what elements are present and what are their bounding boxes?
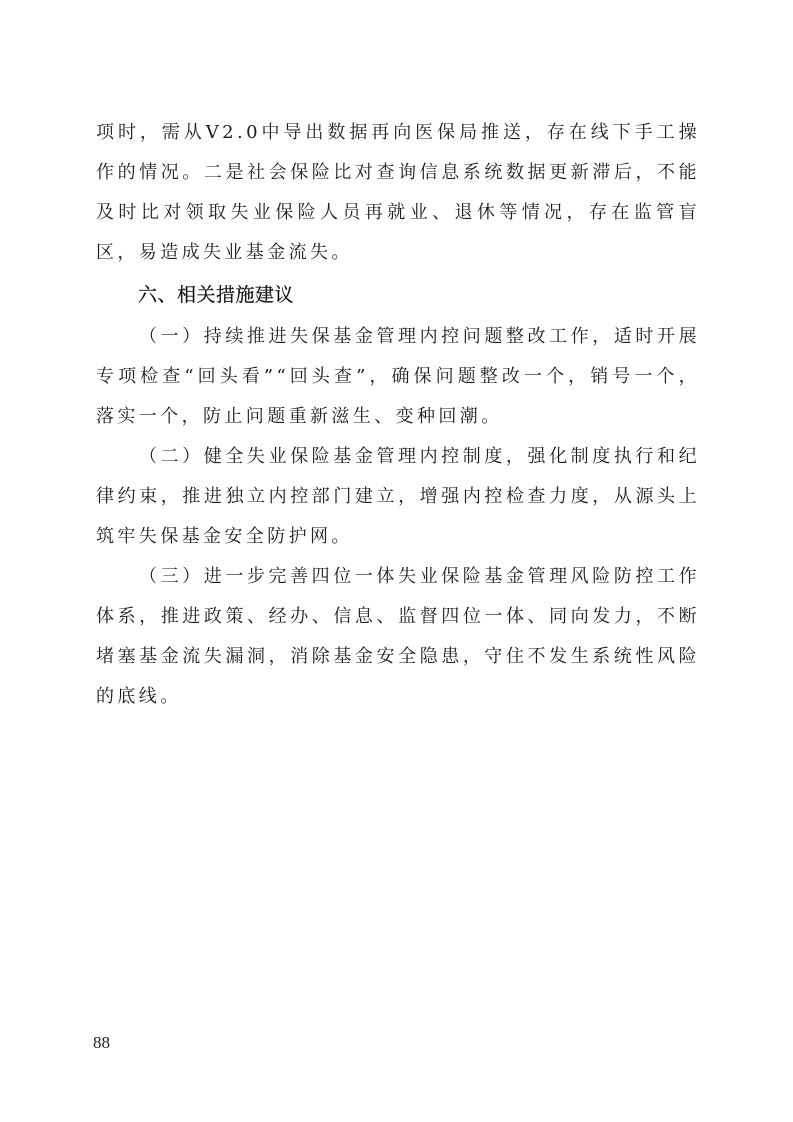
document-body: 项时，需从V2.0中导出数据再向医保局推送，存在线下手工操作的情况。二是社会保险… [96, 113, 700, 717]
section-heading: 六、相关措施建议 [96, 273, 700, 317]
recommendation-item-2: （二）健全失业保险基金管理内控制度，强化制度执行和纪律约束，推进独立内控部门建立… [96, 437, 700, 557]
continuation-paragraph: 项时，需从V2.0中导出数据再向医保局推送，存在线下手工操作的情况。二是社会保险… [96, 113, 700, 273]
recommendation-item-3: （三）进一步完善四位一体失业保险基金管理风险防控工作体系，推进政策、经办、信息、… [96, 557, 700, 717]
page-number: 88 [93, 1033, 110, 1053]
recommendation-item-1: （一）持续推进失保基金管理内控问题整改工作，适时开展专项检查“回头看”“回头查”… [96, 317, 700, 437]
